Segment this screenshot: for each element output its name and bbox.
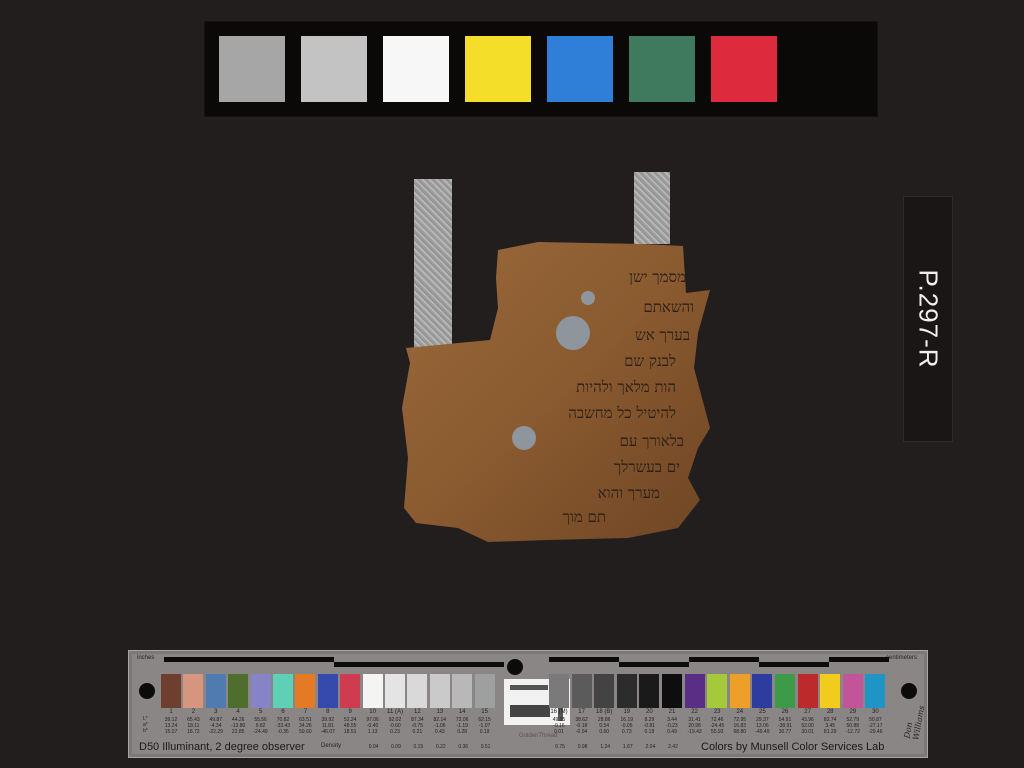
patch-number: 4 bbox=[228, 709, 248, 715]
script-line: מסמך ישן bbox=[629, 268, 686, 287]
color-patch bbox=[407, 674, 427, 708]
patch-lab-values: 16.19-0.050.73 bbox=[616, 717, 638, 735]
patch-lab-values: 65.4318.1118.72 bbox=[182, 717, 204, 735]
patch-lab-values: 39.1213.2415.07 bbox=[160, 717, 182, 735]
color-patch bbox=[340, 674, 360, 708]
ruler-bar bbox=[334, 662, 504, 667]
top-color-swatch bbox=[629, 36, 695, 102]
patch-lab-values: 49.87-4.34-22.29 bbox=[205, 717, 227, 735]
patch-lab-values: 82.743.4581.29 bbox=[819, 717, 841, 735]
patch-lab-values: 72.06-1.190.28 bbox=[451, 717, 473, 735]
color-patch bbox=[707, 674, 727, 708]
ruler-bar bbox=[619, 662, 689, 667]
color-patch bbox=[617, 674, 637, 708]
patch-lab-values: 97.06-0.401.13 bbox=[362, 717, 384, 735]
patch-number: 19 bbox=[617, 709, 637, 715]
color-patch bbox=[318, 674, 338, 708]
patch-lab-values: 3.44-0.230.49 bbox=[661, 717, 683, 735]
patch-lab-values: 87.34-0.750.21 bbox=[406, 717, 428, 735]
color-patch bbox=[639, 674, 659, 708]
color-patch bbox=[295, 674, 315, 708]
density-value: 0.36 bbox=[452, 744, 474, 750]
script-line: להיטיל כל מחשבה bbox=[568, 404, 676, 423]
color-patch bbox=[161, 674, 181, 708]
ruler-bar bbox=[689, 657, 759, 662]
specimen-label-text: P.297-R bbox=[913, 269, 944, 368]
color-patch bbox=[752, 674, 772, 708]
patch-number: 20 bbox=[639, 709, 659, 715]
patch-lab-values: 39.9211.81-46.07 bbox=[317, 717, 339, 735]
patch-lab-values: 52.7950.88-12.72 bbox=[842, 717, 864, 735]
patch-number: 12 bbox=[407, 709, 427, 715]
color-patch bbox=[385, 674, 405, 708]
patch-number: 27 bbox=[798, 709, 818, 715]
script-line: לבנק שם bbox=[624, 352, 676, 371]
script-line: תם מוך bbox=[563, 508, 606, 527]
color-patch bbox=[843, 674, 863, 708]
density-value: 2.42 bbox=[662, 744, 684, 750]
lab-row-labels-left: L* a* b* bbox=[143, 716, 148, 734]
patch-number: 11 (A) bbox=[385, 709, 405, 715]
patch-number: 10 bbox=[363, 709, 383, 715]
script-line: בלאורך עם bbox=[620, 432, 684, 451]
ruler-bar bbox=[829, 657, 889, 662]
patch-lab-values: 72.9516.8368.80 bbox=[729, 717, 751, 735]
color-patch bbox=[430, 674, 450, 708]
patch-lab-values: 44.26-13.8022.85 bbox=[227, 717, 249, 735]
patch-number: 14 bbox=[452, 709, 472, 715]
top-color-swatch bbox=[301, 36, 367, 102]
card-hole-center bbox=[507, 659, 523, 675]
top-color-calibration-bar bbox=[205, 22, 877, 116]
color-patch bbox=[820, 674, 840, 708]
card-hole-right bbox=[901, 683, 917, 699]
patch-number: 18 (B) bbox=[594, 709, 614, 715]
density-value: 0.22 bbox=[430, 744, 452, 750]
patch-number: 30 bbox=[865, 709, 885, 715]
ruler-bar bbox=[164, 657, 334, 662]
density-value: 0.04 bbox=[363, 744, 385, 750]
patch-lab-values: 62.15-1.070.19 bbox=[474, 717, 496, 735]
signature: Don Williams bbox=[903, 703, 927, 740]
patch-number: 6 bbox=[273, 709, 293, 715]
top-color-swatch bbox=[711, 36, 777, 102]
parchment-fragment: מסמך ישן והשאתם בערך אש לבנק שם הות מלאך… bbox=[398, 238, 716, 543]
color-patch bbox=[730, 674, 750, 708]
patch-number: 13 bbox=[430, 709, 450, 715]
patch-lab-values: 52.2448.5518.51 bbox=[339, 717, 361, 735]
patch-number: 1 bbox=[161, 709, 181, 715]
density-label: Density bbox=[321, 743, 341, 749]
color-patch bbox=[572, 674, 592, 708]
patch-number: 28 bbox=[820, 709, 840, 715]
color-patch bbox=[865, 674, 885, 708]
script-line: בערך אש bbox=[635, 326, 690, 345]
density-value: 0.75 bbox=[549, 744, 571, 750]
patch-number: 24 bbox=[730, 709, 750, 715]
patch-lab-values: 8.29-0.810.18 bbox=[638, 717, 660, 735]
patch-number: 26 bbox=[775, 709, 795, 715]
munsell-color-checker-card: inches centimeters GoldenThread D50 Illu… bbox=[128, 650, 928, 758]
patch-number: 9 bbox=[340, 709, 360, 715]
patch-number: 29 bbox=[843, 709, 863, 715]
patch-lab-values: 63.5134.2659.60 bbox=[294, 717, 316, 735]
density-value: 0.15 bbox=[407, 744, 429, 750]
patch-number: 3 bbox=[206, 709, 226, 715]
patch-lab-values: 92.02-0.600.23 bbox=[384, 717, 406, 735]
patch-number: 8 bbox=[318, 709, 338, 715]
color-patch bbox=[363, 674, 383, 708]
script-line: והשאתם bbox=[643, 298, 694, 317]
top-color-swatch bbox=[547, 36, 613, 102]
patch-lab-values: 31.4120.98-19.43 bbox=[684, 717, 706, 735]
color-patch bbox=[452, 674, 472, 708]
color-patch bbox=[206, 674, 226, 708]
card-hole-left bbox=[139, 683, 155, 699]
top-color-swatch bbox=[219, 36, 285, 102]
centimeters-label: centimeters bbox=[886, 655, 917, 661]
color-patch bbox=[228, 674, 248, 708]
patch-lab-values: 72.46-24.4555.93 bbox=[706, 717, 728, 735]
patch-number: 25 bbox=[752, 709, 772, 715]
density-value: 1.67 bbox=[617, 744, 639, 750]
density-value: 0.09 bbox=[385, 744, 407, 750]
color-patch bbox=[549, 674, 569, 708]
mounting-tape-right bbox=[634, 172, 670, 244]
patch-lab-values: 28.860.540.60 bbox=[593, 717, 615, 735]
patch-number: 17 bbox=[572, 709, 592, 715]
patch-number: 5 bbox=[251, 709, 271, 715]
color-patch bbox=[273, 674, 293, 708]
patch-lab-values: 43.9652.0030.01 bbox=[797, 717, 819, 735]
patch-number: 2 bbox=[183, 709, 203, 715]
patch-number: 16 (M) bbox=[549, 709, 569, 715]
top-color-swatch bbox=[465, 36, 531, 102]
specimen-label: P.297-R bbox=[903, 196, 953, 442]
patch-lab-values: 50.87-27.17-29.46 bbox=[864, 717, 886, 735]
patch-lab-values: 82.14-1.060.43 bbox=[429, 717, 451, 735]
color-patch bbox=[475, 674, 495, 708]
patch-lab-values: 70.82-33.43-0.35 bbox=[272, 717, 294, 735]
color-patch bbox=[775, 674, 795, 708]
patch-lab-values: 38.62-0.18-0.04 bbox=[571, 717, 593, 735]
top-color-swatch bbox=[383, 36, 449, 102]
patch-number: 21 bbox=[662, 709, 682, 715]
patch-number: 7 bbox=[295, 709, 315, 715]
patch-lab-values: 55.569.82-24.49 bbox=[250, 717, 272, 735]
script-line: הות מלאך ולהיות bbox=[576, 378, 676, 397]
color-patch bbox=[662, 674, 682, 708]
density-value: 1.24 bbox=[594, 744, 616, 750]
ruler-bar bbox=[759, 662, 829, 667]
script-line: מערך והוא bbox=[598, 484, 660, 503]
color-patch bbox=[594, 674, 614, 708]
patch-lab-values: 54.91-38.9130.77 bbox=[774, 717, 796, 735]
density-value: 0.98 bbox=[572, 744, 594, 750]
patch-lab-values: 49.25-0.160.01 bbox=[548, 717, 570, 735]
patch-lab-values: 29.3713.06-49.49 bbox=[751, 717, 773, 735]
density-value: 0.51 bbox=[475, 744, 497, 750]
color-patch bbox=[251, 674, 271, 708]
inches-label: inches bbox=[137, 655, 154, 661]
munsell-credit: Colors by Munsell Color Services Lab bbox=[701, 741, 884, 753]
script-line: ים בעשרלך bbox=[614, 458, 680, 477]
illuminant-label: D50 Illuminant, 2 degree observer bbox=[139, 741, 305, 753]
color-patch bbox=[798, 674, 818, 708]
ruler-bar bbox=[549, 657, 619, 662]
color-patch bbox=[183, 674, 203, 708]
patch-number: 22 bbox=[685, 709, 705, 715]
color-patch bbox=[685, 674, 705, 708]
patch-number: 15 bbox=[475, 709, 495, 715]
patch-number: 23 bbox=[707, 709, 727, 715]
density-value: 2.04 bbox=[639, 744, 661, 750]
